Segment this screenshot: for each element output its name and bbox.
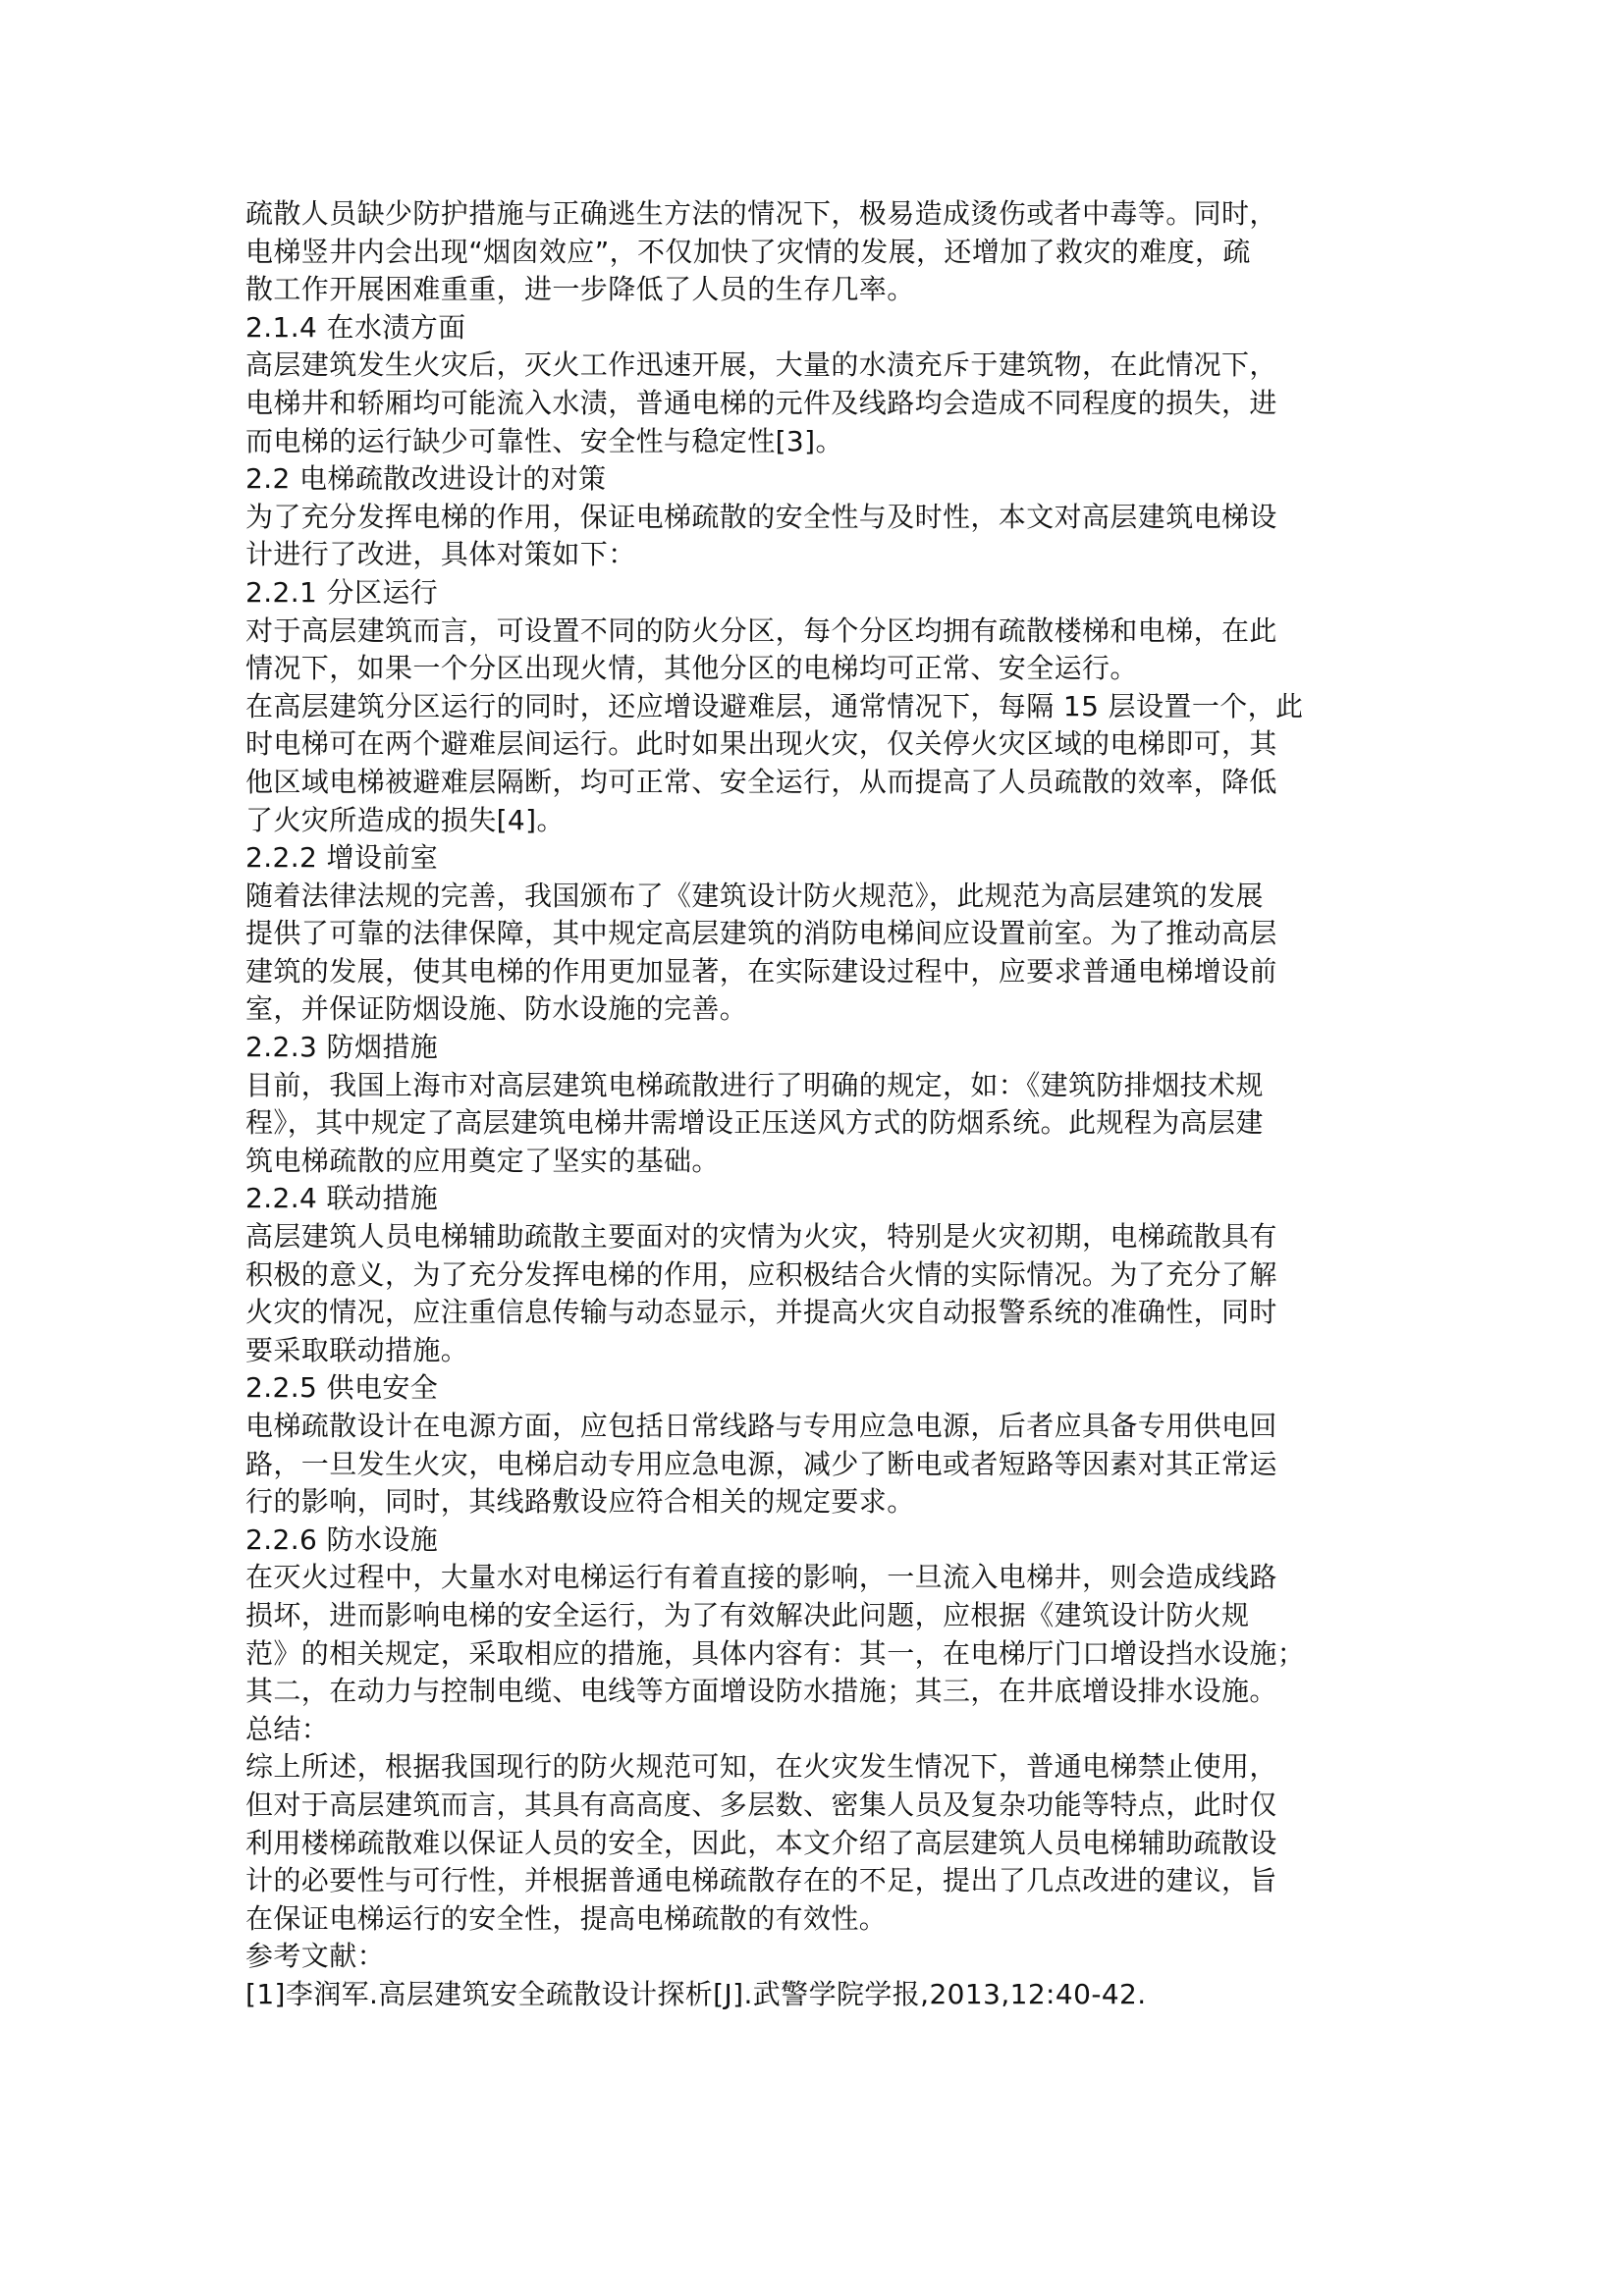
text-line: 计的必要性与可行性，并根据普通电梯疏散存在的不足，提出了几点改进的建议，旨 (245, 1862, 1394, 1900)
text-line: 损坏，进而影响电梯的安全运行，为了有效解决此问题，应根据《建筑设计防火规 (245, 1597, 1394, 1635)
text-line: 为了充分发挥电梯的作用，保证电梯疏散的安全性与及时性，本文对高层建筑电梯设 (245, 499, 1394, 537)
text-line: 路，一旦发生火灾，电梯启动专用应急电源，减少了断电或者短路等因素对其正常运 (245, 1446, 1394, 1484)
text-line: 电梯疏散设计在电源方面，应包括日常线路与专用应急电源，后者应具备专用供电回 (245, 1408, 1394, 1446)
text-line: 筑电梯疏散的应用奠定了坚实的基础。 (245, 1143, 1394, 1181)
text-line: 情况下，如果一个分区出现火情，其他分区的电梯均可正常、安全运行。 (245, 650, 1394, 688)
text-line: 高层建筑发生火灾后，灭火工作迅速开展，大量的水渍充斥于建筑物，在此情况下， (245, 347, 1394, 385)
section-heading-2-2-6: 2.2.6 防水设施 (245, 1522, 1394, 1560)
heading-text: 2.1.4 在水渍方面 (245, 309, 1394, 347)
heading-text: 总结： (245, 1711, 1394, 1749)
text-line: 电梯井和轿厢均可能流入水渍，普通电梯的元件及线路均会造成不同程度的损失，进 (245, 385, 1394, 423)
text-line: 利用楼梯疏散难以保证人员的安全，因此，本文介绍了高层建筑人员电梯辅助疏散设 (245, 1825, 1394, 1863)
paragraph-water-damage: 高层建筑发生火灾后，灭火工作迅速开展，大量的水渍充斥于建筑物，在此情况下， 电梯… (245, 347, 1394, 460)
text-line: 行的影响，同时，其线路敷设应符合相关的规定要求。 (245, 1483, 1394, 1522)
paragraph-zoning-1: 对于高层建筑而言，可设置不同的防火分区，每个分区均拥有疏散楼梯和电梯，在此 情况… (245, 613, 1394, 688)
text-line: 在灭火过程中，大量水对电梯运行有着直接的影响，一旦流入电梯井，则会造成线路 (245, 1559, 1394, 1597)
heading-text: 2.2.4 联动措施 (245, 1180, 1394, 1218)
text-line: 提供了可靠的法律保障，其中规定高层建筑的消防电梯间应设置前室。为了推动高层 (245, 915, 1394, 953)
paragraph-waterproofing: 在灭火过程中，大量水对电梯运行有着直接的影响，一旦流入电梯井，则会造成线路 损坏… (245, 1559, 1394, 1710)
text-line: 了火灾所造成的损失[4]。 (245, 802, 1394, 840)
text-line: 建筑的发展，使其电梯的作用更加显著，在实际建设过程中，应要求普通电梯增设前 (245, 953, 1394, 991)
section-heading-2-2-2: 2.2.2 增设前室 (245, 839, 1394, 878)
paragraph-smoke-prevention: 目前，我国上海市对高层建筑电梯疏散进行了明确的规定，如：《建筑防排烟技术规 程》… (245, 1067, 1394, 1181)
section-heading-2-2-3: 2.2.3 防烟措施 (245, 1029, 1394, 1067)
section-heading-2-1-4: 2.1.4 在水渍方面 (245, 309, 1394, 347)
heading-text: 2.2.5 供电安全 (245, 1369, 1394, 1408)
heading-text: 2.2 电梯疏散改进设计的对策 (245, 460, 1394, 499)
text-line: 综上所述，根据我国现行的防火规范可知，在火灾发生情况下，普通电梯禁止使用， (245, 1748, 1394, 1787)
text-line: 目前，我国上海市对高层建筑电梯疏散进行了明确的规定，如：《建筑防排烟技术规 (245, 1067, 1394, 1105)
text-line: 但对于高层建筑而言，其具有高高度、多层数、密集人员及复杂功能等特点，此时仅 (245, 1787, 1394, 1825)
paragraph-power-supply: 电梯疏散设计在电源方面，应包括日常线路与专用应急电源，后者应具备专用供电回 路，… (245, 1408, 1394, 1522)
paragraph-summary: 综上所述，根据我国现行的防火规范可知，在火灾发生情况下，普通电梯禁止使用， 但对… (245, 1748, 1394, 1938)
text-line: 电梯竖井内会出现“烟囱效应”，不仅加快了灾情的发展，还增加了救灾的难度，疏 (245, 234, 1394, 272)
section-heading-2-2: 2.2 电梯疏散改进设计的对策 (245, 460, 1394, 499)
paragraph-zoning-2: 在高层建筑分区运行的同时，还应增设避难层，通常情况下，每隔 15 层设置一个，此… (245, 688, 1394, 839)
heading-text: 2.2.2 增设前室 (245, 839, 1394, 878)
section-heading-2-2-5: 2.2.5 供电安全 (245, 1369, 1394, 1408)
paragraph-linkage: 高层建筑人员电梯辅助疏散主要面对的灾情为火灾，特别是火灾初期，电梯疏散具有 积极… (245, 1218, 1394, 1369)
text-line: 疏散人员缺少防护措施与正确逃生方法的情况下，极易造成烫伤或者中毒等。同时， (245, 195, 1394, 234)
text-line: 随着法律法规的完善，我国颁布了《建筑设计防火规范》，此规范为高层建筑的发展 (245, 878, 1394, 916)
text-line: 在高层建筑分区运行的同时，还应增设避难层，通常情况下，每隔 15 层设置一个，此 (245, 688, 1394, 726)
text-line: 时电梯可在两个避难层间运行。此时如果出现火灾，仅关停火灾区域的电梯即可，其 (245, 725, 1394, 764)
text-line: 室，并保证防烟设施、防水设施的完善。 (245, 990, 1394, 1029)
heading-text: 2.2.6 防水设施 (245, 1522, 1394, 1560)
text-line: 要采取联动措施。 (245, 1332, 1394, 1370)
document-page: 疏散人员缺少防护措施与正确逃生方法的情况下，极易造成烫伤或者中毒等。同时， 电梯… (245, 195, 1394, 2014)
text-line: 计进行了改进，具体对策如下： (245, 536, 1394, 574)
text-line: 程》，其中规定了高层建筑电梯井需增设正压送风方式的防烟系统。此规程为高层建 (245, 1104, 1394, 1143)
paragraph-smoke-hazard-continued: 疏散人员缺少防护措施与正确逃生方法的情况下，极易造成烫伤或者中毒等。同时， 电梯… (245, 195, 1394, 309)
text-line: 他区域电梯被避难层隔断，均可正常、安全运行，从而提高了人员疏散的效率，降低 (245, 764, 1394, 802)
text-line: 散工作开展困难重重，进一步降低了人员的生存几率。 (245, 271, 1394, 309)
heading-text: 2.2.3 防烟措施 (245, 1029, 1394, 1067)
text-line: 在保证电梯运行的安全性，提高电梯疏散的有效性。 (245, 1900, 1394, 1939)
text-line: 范》的相关规定，采取相应的措施，具体内容有：其一，在电梯厅门口增设挡水设施； (245, 1635, 1394, 1674)
heading-text: 2.2.1 分区运行 (245, 574, 1394, 613)
section-heading-summary: 总结： (245, 1711, 1394, 1749)
section-heading-references: 参考文献： (245, 1938, 1394, 1976)
text-line: 其二，在动力与控制电缆、电线等方面增设防水措施；其三，在井底增设排水设施。 (245, 1673, 1394, 1711)
text-line: 而电梯的运行缺少可靠性、安全性与稳定性[3]。 (245, 423, 1394, 461)
heading-text: 参考文献： (245, 1938, 1394, 1976)
section-heading-2-2-1: 2.2.1 分区运行 (245, 574, 1394, 613)
paragraph-improvement-intro: 为了充分发挥电梯的作用，保证电梯疏散的安全性与及时性，本文对高层建筑电梯设 计进… (245, 499, 1394, 574)
reference-list: [1]李润军.高层建筑安全疏散设计探析[J].武警学院学报,2013,12:40… (245, 1976, 1394, 2014)
section-heading-2-2-4: 2.2.4 联动措施 (245, 1180, 1394, 1218)
text-line: 高层建筑人员电梯辅助疏散主要面对的灾情为火灾，特别是火灾初期，电梯疏散具有 (245, 1218, 1394, 1256)
text-line: 对于高层建筑而言，可设置不同的防火分区，每个分区均拥有疏散楼梯和电梯，在此 (245, 613, 1394, 651)
reference-item: [1]李润军.高层建筑安全疏散设计探析[J].武警学院学报,2013,12:40… (245, 1976, 1394, 2014)
text-line: 积极的意义，为了充分发挥电梯的作用，应积极结合火情的实际情况。为了充分了解 (245, 1256, 1394, 1295)
text-line: 火灾的情况，应注重信息传输与动态显示，并提高火灾自动报警系统的准确性，同时 (245, 1294, 1394, 1332)
paragraph-anteroom: 随着法律法规的完善，我国颁布了《建筑设计防火规范》，此规范为高层建筑的发展 提供… (245, 878, 1394, 1029)
